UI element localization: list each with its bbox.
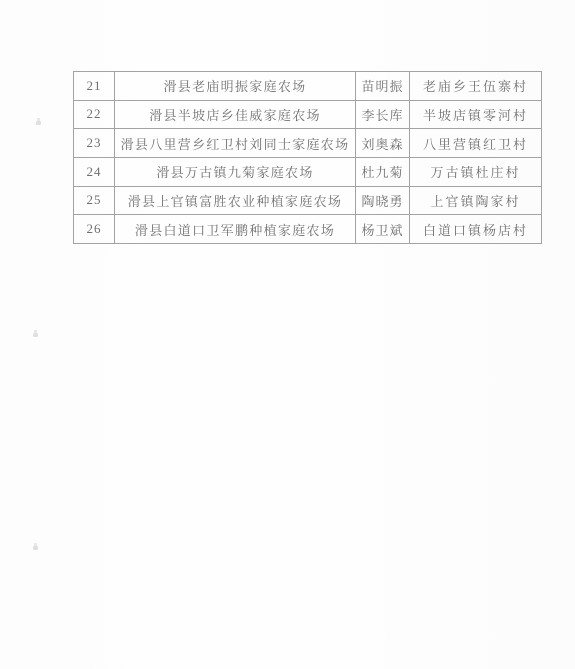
operator-name-cell: 杜九菊: [356, 157, 410, 186]
scan-smudge-artifact: [33, 546, 38, 550]
document-page: 21 滑县老庙明振家庭农场 苗明振 老庙乡王伍寨村 22 滑县半坡店乡佳威家庭农…: [0, 0, 575, 669]
operator-name-cell: 刘奥森: [356, 129, 410, 158]
row-number-cell: 23: [74, 129, 115, 158]
row-number-cell: 24: [74, 157, 115, 186]
scan-smudge-artifact: [36, 121, 41, 125]
operator-name-cell: 陶晓勇: [356, 186, 410, 215]
operator-name-cell: 杨卫斌: [356, 215, 410, 244]
farm-registry-table: 21 滑县老庙明振家庭农场 苗明振 老庙乡王伍寨村 22 滑县半坡店乡佳威家庭农…: [73, 71, 542, 244]
farm-name-cell: 滑县老庙明振家庭农场: [115, 72, 356, 101]
operator-name-cell: 苗明振: [356, 72, 410, 101]
village-cell: 八里营镇红卫村: [410, 129, 542, 158]
row-number-cell: 25: [74, 186, 115, 215]
table-row: 23 滑县八里营乡红卫村刘同士家庭农场 刘奥森 八里营镇红卫村: [74, 129, 542, 158]
table-row: 21 滑县老庙明振家庭农场 苗明振 老庙乡王伍寨村: [74, 72, 542, 101]
village-cell: 上官镇陶家村: [410, 186, 542, 215]
table-row: 26 滑县白道口卫军鹏种植家庭农场 杨卫斌 白道口镇杨店村: [74, 215, 542, 244]
village-cell: 老庙乡王伍寨村: [410, 72, 542, 101]
village-cell: 万古镇杜庄村: [410, 157, 542, 186]
village-cell: 半坡店镇零河村: [410, 100, 542, 129]
table-row: 22 滑县半坡店乡佳威家庭农场 李长库 半坡店镇零河村: [74, 100, 542, 129]
table-row: 24 滑县万古镇九菊家庭农场 杜九菊 万古镇杜庄村: [74, 157, 542, 186]
operator-name-cell: 李长库: [356, 100, 410, 129]
farm-name-cell: 滑县上官镇富胜农业种植家庭农场: [115, 186, 356, 215]
row-number-cell: 26: [74, 215, 115, 244]
farm-name-cell: 滑县白道口卫军鹏种植家庭农场: [115, 215, 356, 244]
village-cell: 白道口镇杨店村: [410, 215, 542, 244]
row-number-cell: 21: [74, 72, 115, 101]
scan-smudge-artifact: [33, 333, 38, 337]
table-row: 25 滑县上官镇富胜农业种植家庭农场 陶晓勇 上官镇陶家村: [74, 186, 542, 215]
farm-name-cell: 滑县万古镇九菊家庭农场: [115, 157, 356, 186]
farm-name-cell: 滑县半坡店乡佳威家庭农场: [115, 100, 356, 129]
row-number-cell: 22: [74, 100, 115, 129]
farm-name-cell: 滑县八里营乡红卫村刘同士家庭农场: [115, 129, 356, 158]
